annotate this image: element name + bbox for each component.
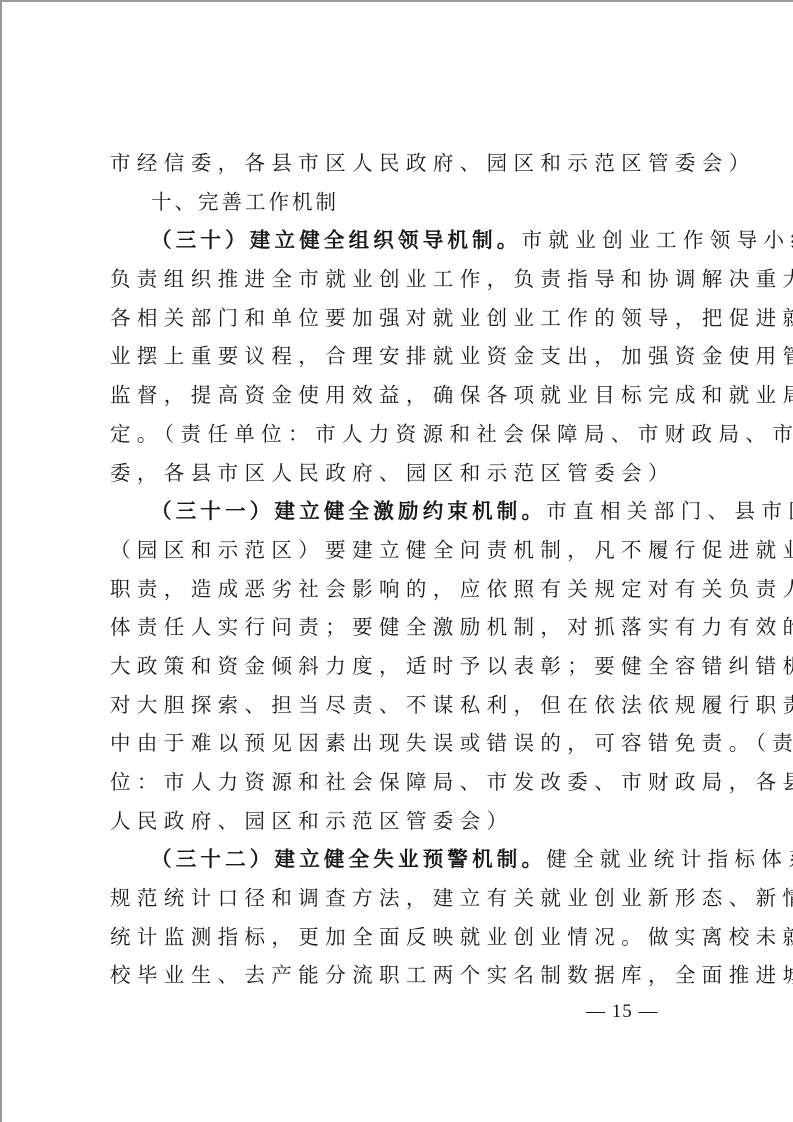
text-line: 委，各县市区人民政府、园区和示范区管委会） — [110, 454, 698, 493]
document-page: 市经信委，各县市区人民政府、园区和示范区管委会） 十、完善工作机制 （三十）建立… — [0, 0, 793, 1122]
clause-31-text: 市直相关部门、县市区 — [546, 499, 793, 523]
text-line: （园区和示范区）要建立健全问责机制，凡不履行促进就业创业 — [110, 531, 698, 570]
text-line: 位：市人力资源和社会保障局、市发改委、市财政局，各县市区 — [110, 763, 698, 802]
text-line: 业摆上重要议程，合理安排就业资金支出，加强资金使用管理和 — [110, 337, 698, 376]
section-heading: 十、完善工作机制 — [110, 183, 698, 222]
text-line: 定。（责任单位：市人力资源和社会保障局、市财政局、市发改 — [110, 415, 698, 454]
text-line: 监督，提高资金使用效益，确保各项就业目标完成和就业局势稳 — [110, 376, 698, 415]
clause-32-first-line: （三十二）建立健全失业预警机制。健全就业统计指标体系， — [110, 840, 698, 879]
text-line: 体责任人实行问责；要健全激励机制，对抓落实有力有效的，加 — [110, 608, 698, 647]
text-line: 负责组织推进全市就业创业工作，负责指导和协调解决重大问题。 — [110, 260, 698, 299]
clause-30-first-line: （三十）建立健全组织领导机制。市就业创业工作领导小组 — [110, 221, 698, 260]
clause-31-title: （三十一）建立健全激励约束机制。 — [151, 499, 546, 523]
text-line: 校毕业生、去产能分流职工两个实名制数据库，全面推进城镇登 — [110, 956, 698, 995]
text-line: 人民政府、园区和示范区管委会） — [110, 802, 698, 841]
text-line: 市经信委，各县市区人民政府、园区和示范区管委会） — [110, 144, 698, 183]
text-line: 规范统计口径和调查方法，建立有关就业创业新形态、新情况的 — [110, 879, 698, 918]
clause-30-title: （三十）建立健全组织领导机制。 — [151, 228, 522, 252]
page-number: — 15 — — [586, 1001, 659, 1023]
text-line: 各相关部门和单位要加强对就业创业工作的领导，把促进就业创 — [110, 299, 698, 338]
text-line: 职责，造成恶劣社会影响的，应依照有关规定对有关负责人及具 — [110, 570, 698, 609]
text-line: 对大胆探索、担当尽责、不谋私利，但在依法依规履行职责过程 — [110, 686, 698, 725]
text-line: 大政策和资金倾斜力度，适时予以表彰；要健全容错纠错机制， — [110, 647, 698, 686]
clause-32-title: （三十二）建立健全失业预警机制。 — [151, 847, 546, 871]
document-body: 市经信委，各县市区人民政府、园区和示范区管委会） 十、完善工作机制 （三十）建立… — [110, 144, 698, 995]
clause-30-text: 市就业创业工作领导小组 — [522, 228, 793, 252]
clause-32-text: 健全就业统计指标体系， — [546, 847, 793, 871]
clause-31-first-line: （三十一）建立健全激励约束机制。市直相关部门、县市区 — [110, 492, 698, 531]
text-line: 统计监测指标，更加全面反映就业创业情况。做实离校未就业高 — [110, 918, 698, 957]
text-line: 中由于难以预见因素出现失误或错误的，可容错免责。（责任单 — [110, 724, 698, 763]
